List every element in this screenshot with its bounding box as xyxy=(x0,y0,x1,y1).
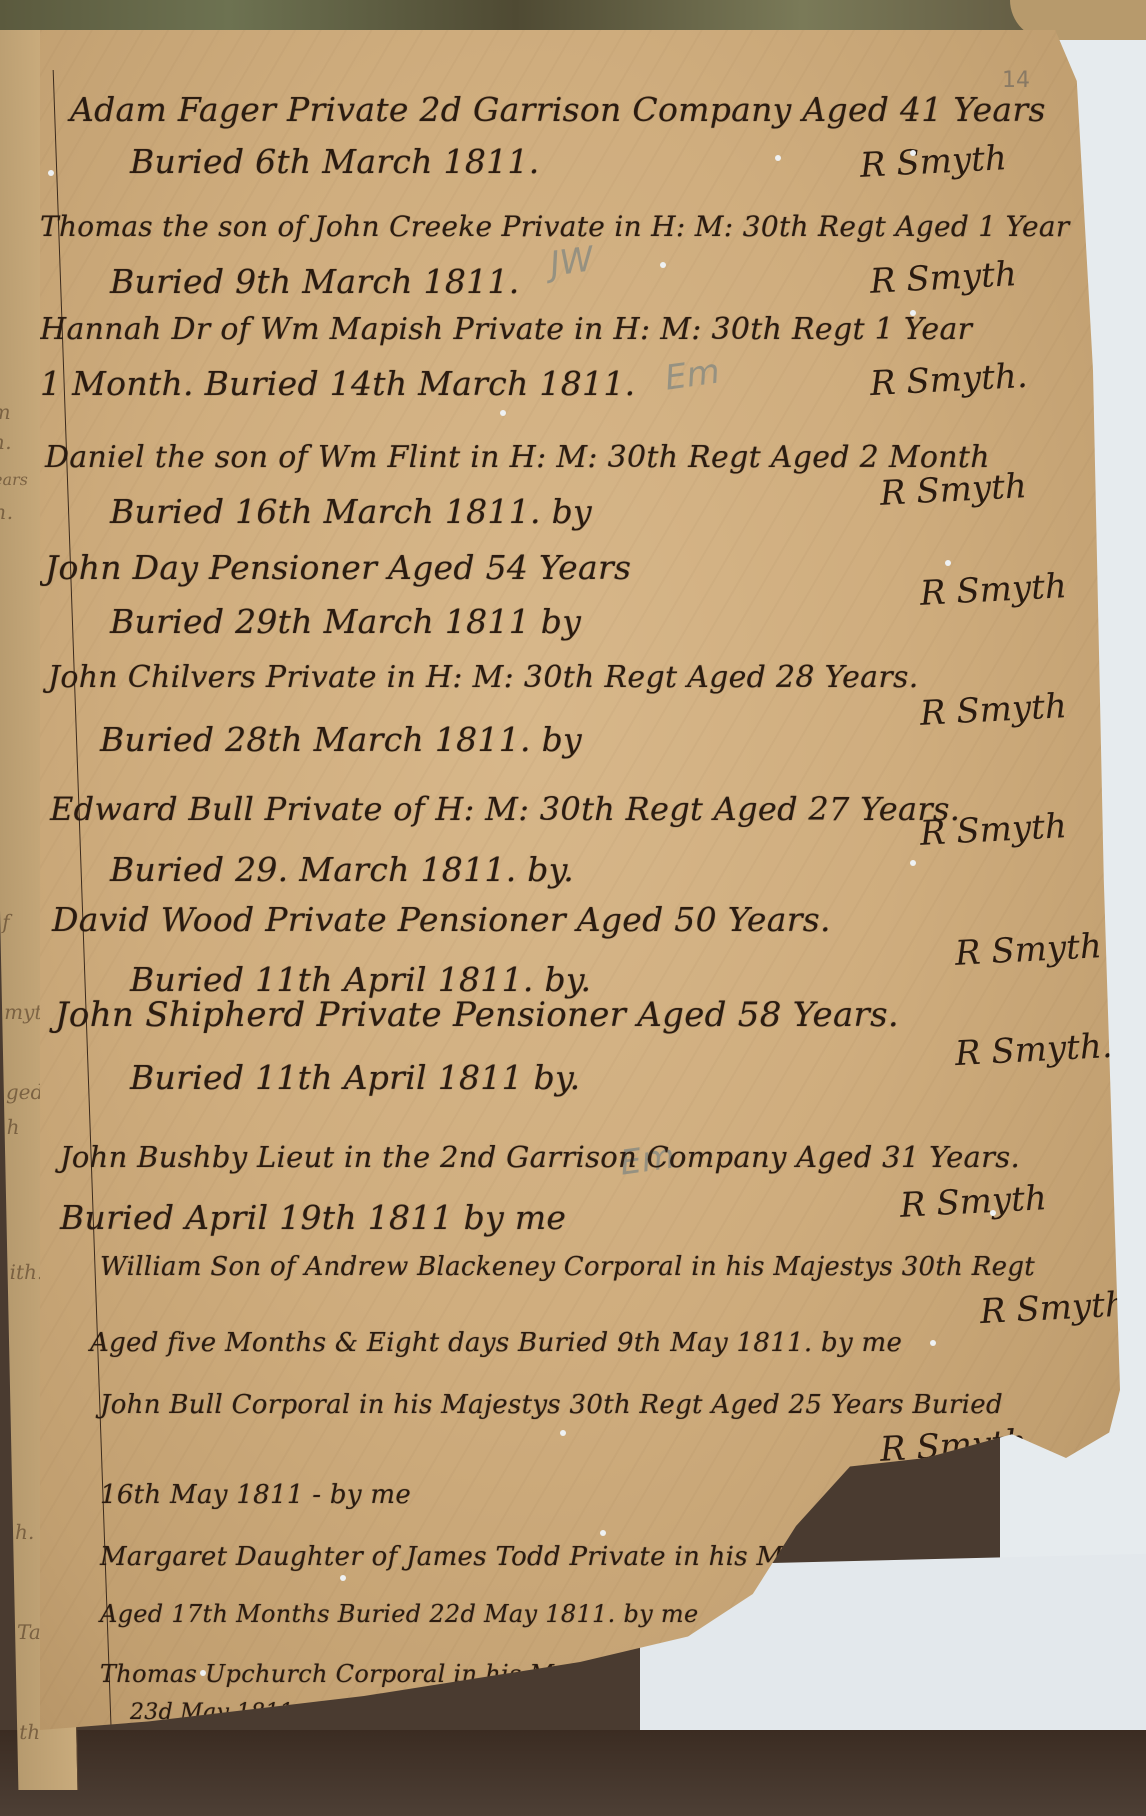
entry-7-line-2: Buried 29. March 1811. by. xyxy=(110,850,574,889)
worm-hole xyxy=(560,1430,566,1436)
worm-hole xyxy=(660,262,666,268)
entry-8-signature: R Smyth xyxy=(954,926,1103,974)
entry-3-line-1: Hannah Dr of Wm Mapish Private in H: M: … xyxy=(40,312,972,347)
worm-hole xyxy=(910,310,916,316)
worm-hole xyxy=(930,1340,936,1346)
entry-2-line-2: Buried 9th March 1811. xyxy=(110,262,520,301)
entry-6-line-1: John Chilvers Private in H: M: 30th Regt… xyxy=(48,660,919,695)
facing-fragment: h xyxy=(6,1115,19,1139)
entry-10-signature: R Smyth xyxy=(899,1178,1048,1226)
entry-11-line-1: William Son of Andrew Blackeney Corporal… xyxy=(100,1252,1035,1282)
worm-hole xyxy=(775,155,781,161)
facing-fragment: f xyxy=(2,910,10,934)
entry-5-signature: R Smyth xyxy=(919,566,1068,614)
facing-fragment: th xyxy=(19,1720,40,1744)
pencil-mark: Em xyxy=(662,351,722,398)
entry-3-line-2: 1 Month. Buried 14th March 1811. xyxy=(40,364,635,403)
entry-11-signature: R Smyth. xyxy=(979,1284,1138,1332)
worm-hole xyxy=(990,1210,996,1216)
worm-hole xyxy=(340,1575,346,1581)
facing-fragment: ged xyxy=(6,1080,44,1104)
entry-2-signature: R Smyth xyxy=(869,254,1018,302)
entry-7-line-1: Edward Bull Private of H: M: 30th Regt A… xyxy=(50,790,960,828)
entry-6-line-2: Buried 28th March 1811. by xyxy=(100,720,582,759)
entry-11-line-2: Aged five Months & Eight days Buried 9th… xyxy=(90,1328,902,1358)
entry-8-line-2: Buried 11th April 1811. by. xyxy=(130,960,591,999)
entry-9-line-1: John Shipherd Private Pensioner Aged 58 … xyxy=(55,995,899,1035)
entry-13-line-2: Aged 17th Months Buried 22d May 1811. by… xyxy=(100,1600,698,1628)
facing-fragment: ith. xyxy=(9,1260,43,1284)
worm-hole xyxy=(200,1670,206,1676)
entry-1-line-1: Adam Fager Private 2d Garrison Company A… xyxy=(70,90,1046,129)
entry-12-line-1: John Bull Corporal in his Majestys 30th … xyxy=(100,1390,1003,1420)
entry-10-line-1: John Bushby Lieut in the 2nd Garrison Co… xyxy=(60,1140,1020,1174)
register-page: 14 JW Em Em Adam Fager Private 2d Garris… xyxy=(40,30,1120,1730)
facing-fragment: h. xyxy=(15,1520,35,1544)
worm-hole xyxy=(945,560,951,566)
facing-fragment: h. xyxy=(0,500,13,524)
entry-9-line-2: Buried 11th April 1811 by. xyxy=(130,1058,580,1097)
entry-5-line-1: John Day Pensioner Aged 54 Years xyxy=(45,548,631,587)
worm-hole xyxy=(48,170,54,176)
entry-5-line-2: Buried 29th March 1811 by xyxy=(110,602,581,641)
entry-6-signature: R Smyth xyxy=(919,686,1068,734)
entry-3-signature: R Smyth. xyxy=(869,356,1028,404)
worm-hole xyxy=(500,1710,506,1716)
entry-14-line-2: 23d May 1811 - by me xyxy=(130,1700,385,1725)
worm-hole xyxy=(910,150,916,156)
entry-7-signature: R Smyth xyxy=(919,806,1068,854)
table-surface xyxy=(0,1730,1146,1816)
worm-hole xyxy=(600,1530,606,1536)
worm-hole xyxy=(500,410,506,416)
entry-12-line-2: 16th May 1811 - by me xyxy=(100,1480,411,1510)
entry-9-signature: R Smyth. xyxy=(954,1026,1113,1074)
entry-8-line-1: David Wood Private Pensioner Aged 50 Yea… xyxy=(52,900,831,939)
entry-1-line-2: Buried 6th March 1811. xyxy=(130,142,540,181)
entry-10-line-2: Buried April 19th 1811 by me xyxy=(60,1198,566,1237)
facing-fragment: h. xyxy=(0,430,12,454)
facing-fragment: ears xyxy=(0,470,28,489)
entry-1-signature: R Smyth xyxy=(859,138,1008,186)
entry-2-line-1: Thomas the son of John Creeke Private in… xyxy=(40,210,1070,243)
facing-fragment: m xyxy=(0,400,11,424)
entry-4-line-1: Daniel the son of Wm Flint in H: M: 30th… xyxy=(45,440,990,475)
entry-4-signature: R Smyth xyxy=(879,466,1028,514)
worm-hole xyxy=(910,860,916,866)
entry-4-line-2: Buried 16th March 1811. by xyxy=(110,492,592,531)
pencil-mark: JW xyxy=(547,239,596,285)
